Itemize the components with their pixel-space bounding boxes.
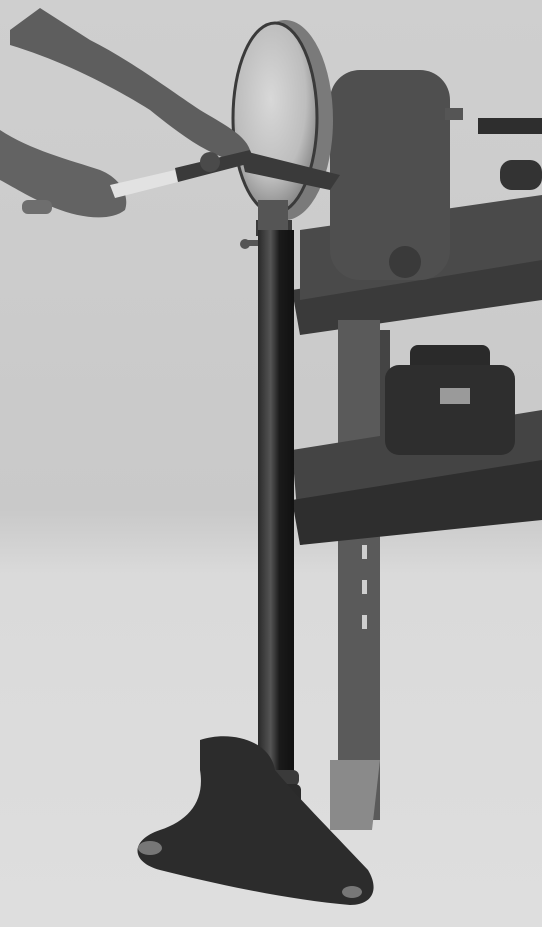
bowl-blank — [233, 20, 333, 220]
lathe-photo-illustration — [0, 0, 542, 927]
photograph — [0, 0, 542, 927]
tool-handle-end — [22, 200, 52, 214]
headstock — [330, 70, 450, 280]
lathe-tailstock-rail — [478, 118, 542, 134]
